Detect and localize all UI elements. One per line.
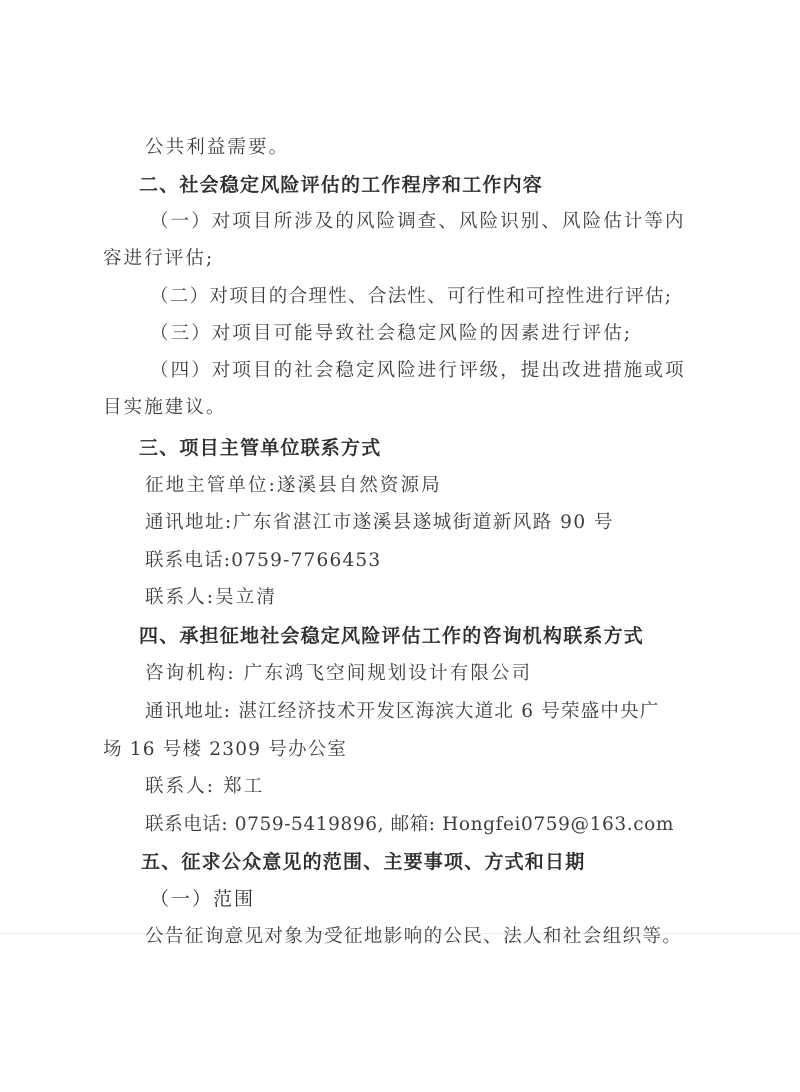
section-2-item-1-cont: 容进行评估;: [103, 247, 214, 271]
section-4-address: 通讯地址: 湛江经济技术开发区海滨大道北 6 号荣盛中央广: [145, 700, 659, 724]
section-4-address-cont: 场 16 号楼 2309 号办公室: [103, 738, 347, 762]
section-3-unit: 征地主管单位:遂溪县自然资源局: [145, 474, 442, 498]
section-3-heading: 三、项目主管单位联系方式: [139, 436, 381, 460]
section-2-item-4: （四）对项目的社会稳定风险进行评级，提出改进措施或项: [150, 359, 686, 383]
section-2-item-1: （一）对项目所涉及的风险调查、风险识别、风险估计等内: [150, 210, 686, 234]
section-3-contact: 联系人:吴立清: [145, 586, 277, 610]
section-2-heading: 二、社会稳定风险评估的工作程序和工作内容: [139, 173, 543, 197]
section-5-sub-1-text: 公告征询意见对象为受征地影响的公民、法人和社会组织等。: [145, 925, 682, 949]
document-page: 公共利益需要。 二、社会稳定风险评估的工作程序和工作内容 （一）对项目所涉及的风…: [0, 0, 800, 1092]
paragraph-end: 公共利益需要。: [145, 136, 289, 160]
section-5-sub-1-heading: （一）范围: [150, 887, 255, 911]
section-4-agency: 咨询机构: 广东鸿飞空间规划设计有限公司: [145, 662, 532, 686]
section-2-item-2: （二）对项目的合理性、合法性、可行性和可控性进行评估;: [150, 285, 672, 309]
section-2-item-4-cont: 目实施建议。: [103, 396, 227, 420]
section-4-phone-email: 联系电话: 0759-5419896, 邮箱: Hongfei0759@163.…: [145, 813, 674, 837]
section-4-heading: 四、承担征地社会稳定风险评估工作的咨询机构联系方式: [139, 624, 644, 648]
section-4-contact: 联系人: 郑工: [145, 775, 264, 799]
section-3-phone: 联系电话:0759-7766453: [145, 549, 381, 573]
section-2-item-3: （三）对项目可能导致社会稳定风险的因素进行评估;: [150, 322, 632, 346]
section-5-heading: 五、征求公众意见的范围、主要事项、方式和日期: [141, 850, 585, 874]
section-3-address: 通讯地址:广东省湛江市遂溪县遂城街道新风路 90 号: [145, 511, 614, 535]
